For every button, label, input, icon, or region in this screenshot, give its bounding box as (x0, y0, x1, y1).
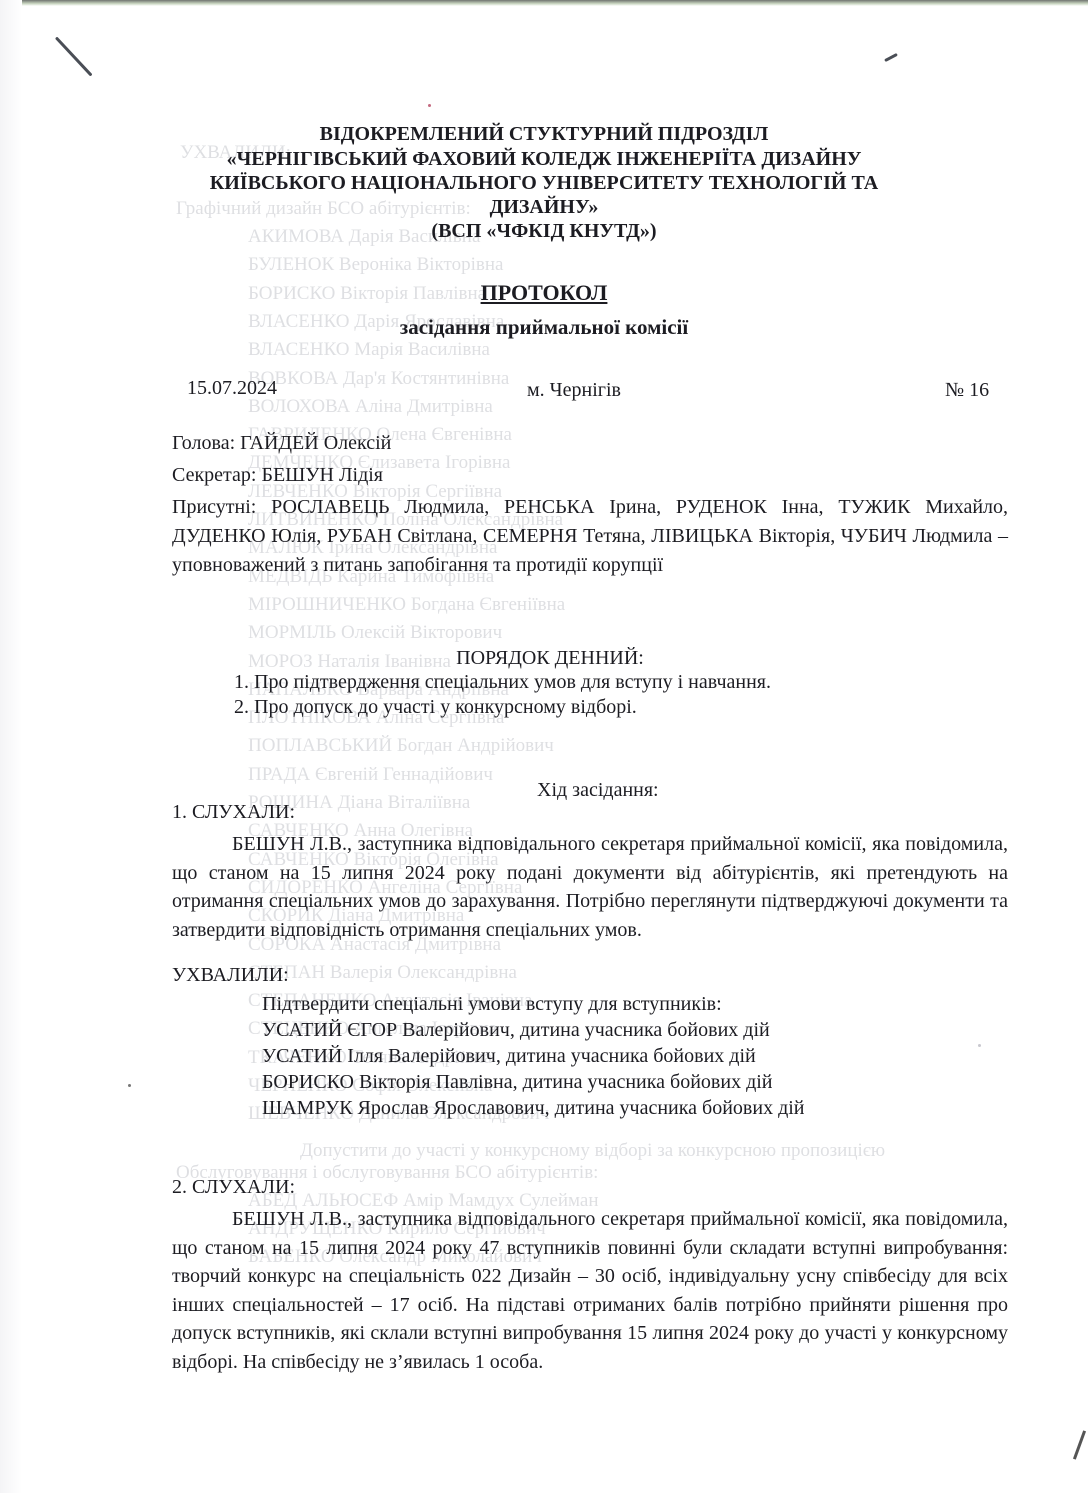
protocol-city: м. Чернігів (527, 378, 621, 402)
proceedings-heading: Хід засідання: (537, 778, 659, 802)
document-subtitle: засідання приймальної комісії (0, 315, 1088, 339)
agenda-item: 1. Про підтвердження спеціальних умов дл… (234, 670, 771, 694)
org-abbreviation: (ВСП «ЧФКІД КНУТД») (0, 219, 1088, 243)
section1-heard-text: БЕШУН Л.В., заступника відповідального с… (172, 830, 1008, 944)
applicant-item: УСАТИЙ ЄГОР Валерійович, дитина учасника… (262, 1018, 770, 1042)
protocol-number: № 16 (945, 378, 989, 402)
pen-stroke-mark (55, 36, 93, 76)
document-title: ПРОТОКОЛ (0, 281, 1088, 305)
org-line-2: «ЧЕРНІГІВСЬКИЙ ФАХОВИЙ КОЛЕДЖ ІНЖЕНЕРІЇТ… (0, 147, 1088, 171)
applicant-item: УСАТИЙ Ілля Валерійович, дитина учасника… (262, 1044, 756, 1068)
present-list: Присутні: РОСЛАВЕЦЬ Людмила, РЕНСЬКА Іри… (172, 493, 1008, 580)
org-line-1: ВІДОКРЕМЛЕНИЙ СТУКТУРНИЙ ПІДРОЗДІЛ (0, 122, 1088, 146)
show-through-line: ВОВКОВА Дар'я Костянтинівна (248, 368, 509, 390)
org-line-4: ДИЗАЙНУ» (0, 195, 1088, 219)
show-through-line: МІРОШНИЧЕНКО Богдана Євгеніївна (248, 594, 565, 616)
protocol-date: 15.07.2024 (187, 376, 277, 400)
show-through-line: ВОЛОХОВА Аліна Дмитрівна (248, 396, 493, 418)
show-through-line: МОРМІЛЬ Олексій Вікторович (248, 622, 502, 644)
section2-heard-label: 2. СЛУХАЛИ: (172, 1175, 295, 1199)
pen-tick-mark (884, 53, 898, 62)
ink-dot (128, 1084, 131, 1087)
section1-heard-label: 1. СЛУХАЛИ: (172, 800, 295, 824)
section1-resolved-label: УХВАЛИЛИ: (172, 963, 289, 987)
show-through-line: БУЛЕНОК Вероніка Вікторівна (248, 254, 503, 276)
agenda-heading: ПОРЯДОК ДЕННИЙ: (0, 646, 1088, 670)
applicant-item: ШАМРУК Ярослав Ярославович, дитина учасн… (262, 1096, 805, 1120)
show-through-line: ВЛАСЕНКО Марія Василівна (248, 339, 490, 361)
org-line-3: КИЇВСЬКОГО НАЦІОНАЛЬНОГО УНІВЕРСИТЕТУ ТЕ… (0, 171, 1088, 195)
resolved-intro: Підтвердити спеціальні умови вступу для … (262, 992, 722, 1016)
chair-line: Голова: ГАЙДЕЙ Олексій (172, 431, 391, 455)
agenda-item: 2. Про допуск до участі у конкурсному ві… (234, 695, 637, 719)
scan-top-edge (22, 0, 1088, 6)
show-through-line: ПРАДА Євгеній Геннадійович (248, 764, 493, 786)
secretary-line: Секретар: БЕШУН Лідія (172, 463, 383, 487)
edge-scan-mark (1073, 1430, 1086, 1459)
show-through-line: Допустити до участі у конкурсному відбор… (300, 1140, 885, 1162)
applicant-item: БОРИСКО Вікторія Павлівна, дитина учасни… (262, 1070, 773, 1094)
ink-dot (978, 1044, 981, 1047)
section2-heard-text: БЕШУН Л.В., заступника відповідального с… (172, 1205, 1008, 1376)
show-through-line: ПОПЛАВСЬКИЙ Богдан Андрійович (248, 735, 554, 757)
ink-dot (428, 104, 431, 107)
